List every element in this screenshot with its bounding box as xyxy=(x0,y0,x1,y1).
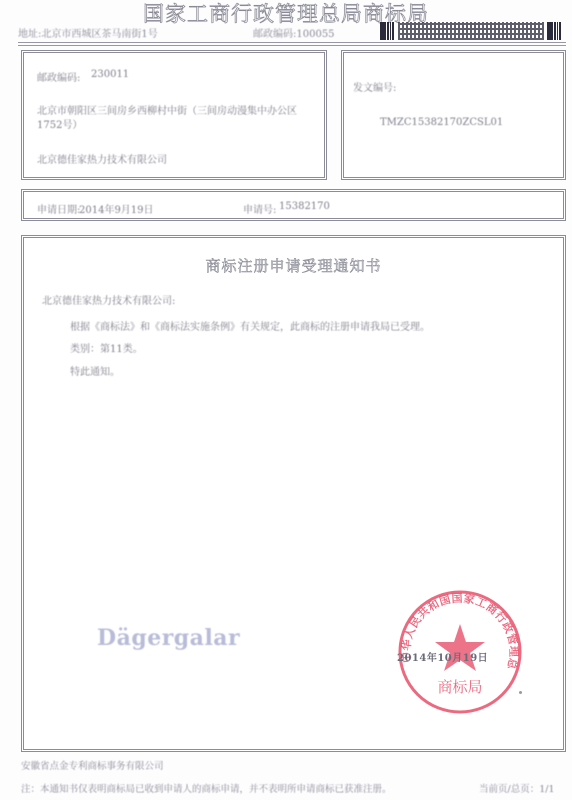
application-info-box: 申请日期: 2014年9月19日 申请号: 15382170 xyxy=(21,189,566,221)
agency-name: 安徽省点金专利商标事务有限公司 xyxy=(21,758,164,772)
header-divider xyxy=(18,42,566,43)
seal-center-text: 商标局 xyxy=(437,678,482,696)
issuer-address: 地址:北京市西城区茶马南街1号 xyxy=(18,25,158,40)
document-number-box: 发文编号: TMZC15382170ZCSL01 xyxy=(341,50,566,180)
recipient-box: 邮政编码: 230011 北京市朝阳区三间房乡西柳村中街（三间房动漫集中办公区1… xyxy=(21,50,327,180)
application-number-label: 申请号: xyxy=(243,201,276,216)
notice-addressee: 北京德佳家热力技术有限公司: xyxy=(42,292,175,307)
trademark-acceptance-notice: 国家工商行政管理总局商标局 地址:北京市西城区茶马南街1号 邮政编码:10005… xyxy=(0,0,572,800)
application-date-label: 申请日期: xyxy=(37,201,80,216)
watermark-text: Dägergalar xyxy=(97,625,240,651)
recipient-company: 北京德佳家热力技术有限公司 xyxy=(37,151,167,166)
header-divider xyxy=(18,45,566,46)
document-number-value: TMZC15382170ZCSL01 xyxy=(380,117,503,128)
notice-body: 根据《商标法》和《商标法实施条例》有关规定，此商标的注册申请我局已受理。 xyxy=(70,318,430,333)
notice-category: 类别：第11类。 xyxy=(70,340,143,355)
issue-date: 2014年10月19日 xyxy=(397,649,488,664)
barcode-icon xyxy=(380,22,562,40)
notice-title: 商标注册申请受理通知书 xyxy=(24,255,563,276)
application-date-value: 2014年9月19日 xyxy=(79,201,154,216)
document-number-label: 发文编号: xyxy=(353,79,396,94)
period-mark xyxy=(519,691,522,694)
application-number-value: 15382170 xyxy=(279,201,330,212)
notice-closing: 特此通知。 xyxy=(70,363,120,378)
recipient-postal-value: 230011 xyxy=(91,69,129,80)
recipient-postal-label: 邮政编码: xyxy=(37,69,80,84)
page-indicator: 当前页/总页：1/1 xyxy=(479,781,555,795)
issuer-postal-code: 邮政编码:100055 xyxy=(253,25,335,40)
recipient-address: 北京市朝阳区三间房乡西柳村中街（三间房动漫集中办公区1752号） xyxy=(37,105,319,133)
footer-note: 注：本通知书仅表明商标局已收到申请人的商标申请，并不表明所申请商标已获准注册。 xyxy=(21,781,392,795)
